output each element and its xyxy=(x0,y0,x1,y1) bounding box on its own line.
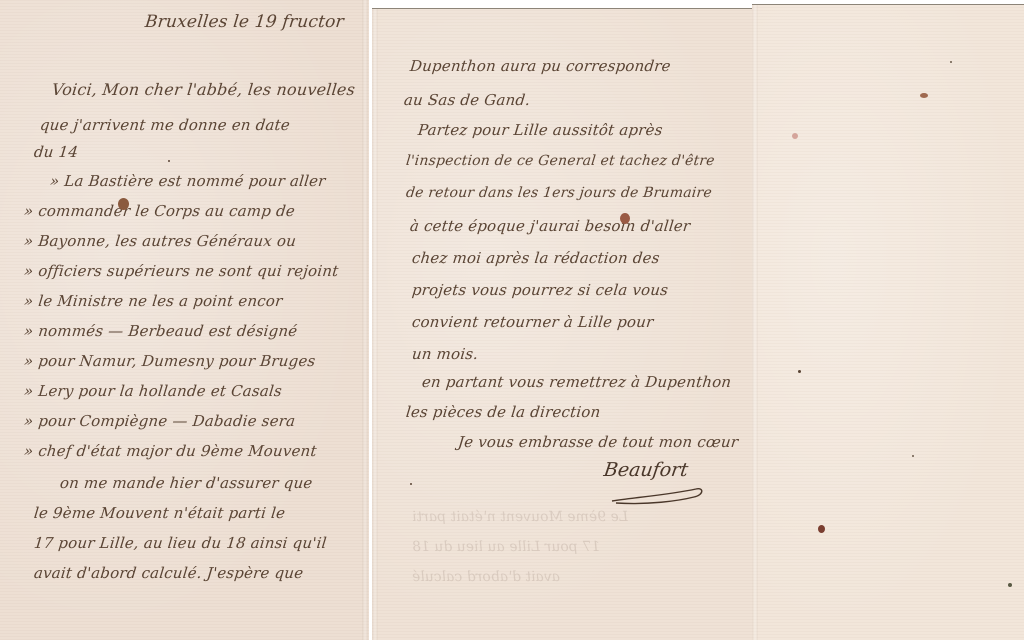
letter-line: de retour dans les 1ers jours de Brumair… xyxy=(405,185,713,201)
page-edge xyxy=(362,0,368,640)
letter-line: » pour Namur, Dumesny pour Bruges xyxy=(23,352,316,370)
letter-line: avait d'abord calculé. J'espère que xyxy=(33,564,304,582)
signature-flourish-icon xyxy=(608,479,708,509)
letter-line: Je vous embrasse de tout mon cœur xyxy=(457,433,739,451)
letter-page-middle: Dupenthon aura pu correspondre au Sas de… xyxy=(372,8,752,640)
letter-line: chez moi après la rédaction des xyxy=(411,249,661,267)
ink-bleed-through: Le 9ème Mouvent n'était parti xyxy=(411,509,629,525)
letter-line: au Sas de Gand. xyxy=(403,91,531,109)
ink-stain xyxy=(920,93,928,98)
speck xyxy=(410,483,412,485)
letter-line: à cette époque j'aurai besoin d'aller xyxy=(409,217,691,235)
page-edge xyxy=(372,9,378,640)
letter-line: que j'arrivent me donne en date xyxy=(39,116,291,134)
letter-line: » nommés — Berbeaud est désigné xyxy=(23,322,298,340)
speck xyxy=(168,160,170,162)
letter-line: un mois. xyxy=(411,345,479,363)
letter-line: » officiers supérieurs ne sont qui rejoi… xyxy=(23,262,339,280)
letter-line: » La Bastière est nommé pour aller xyxy=(49,172,326,190)
ink-bleed-through: avait d'abord calculé xyxy=(411,569,561,585)
letter-line: » commander le Corps au camp de xyxy=(23,202,296,220)
speck xyxy=(1008,583,1012,587)
letter-line: Voici, Mon cher l'abbé, les nouvelles xyxy=(51,80,356,99)
signature: Beaufort xyxy=(602,459,689,481)
ink-stain xyxy=(818,525,825,533)
letter-line: on me mande hier d'assurer que xyxy=(59,474,313,492)
letter-line: » Lery pour la hollande et Casals xyxy=(23,382,283,400)
letter-line: » chef d'état major du 9ème Mouvent xyxy=(23,442,318,460)
speck xyxy=(950,61,952,63)
dateline: Bruxelles le 19 fructor xyxy=(144,12,345,32)
speck xyxy=(798,370,801,373)
letter-line: les pièces de la direction xyxy=(405,403,601,421)
letter-line: convient retourner à Lille pour xyxy=(411,313,654,331)
ink-bleed-through: 17 pour Lille au lieu du 18 xyxy=(411,539,601,555)
letter-line: Dupenthon aura pu correspondre xyxy=(409,57,672,75)
ink-stain xyxy=(118,198,129,210)
page-edge xyxy=(752,5,758,640)
letter-page-left: Bruxelles le 19 fructor Voici, Mon cher … xyxy=(0,0,369,640)
ink-stain xyxy=(792,133,798,139)
letter-line: le 9ème Mouvent n'était parti le xyxy=(33,504,286,522)
letter-line: en partant vous remettrez à Dupenthon xyxy=(421,373,732,391)
letter-line: » Bayonne, les autres Généraux ou xyxy=(23,232,297,250)
speck xyxy=(912,455,914,457)
letter-line: » pour Compiègne — Dabadie sera xyxy=(23,412,296,430)
ink-stain xyxy=(620,213,630,224)
letter-line: projets vous pourrez si cela vous xyxy=(411,281,669,299)
letter-line: » le Ministre ne les a point encor xyxy=(23,292,283,310)
letter-page-right-blank xyxy=(752,4,1024,640)
letter-line: 17 pour Lille, au lieu du 18 ainsi qu'il xyxy=(33,534,328,552)
letter-line: Partez pour Lille aussitôt après xyxy=(417,121,664,139)
letter-line: l'inspection de ce General et tachez d'ê… xyxy=(405,153,715,169)
letter-line: du 14 xyxy=(33,143,79,161)
